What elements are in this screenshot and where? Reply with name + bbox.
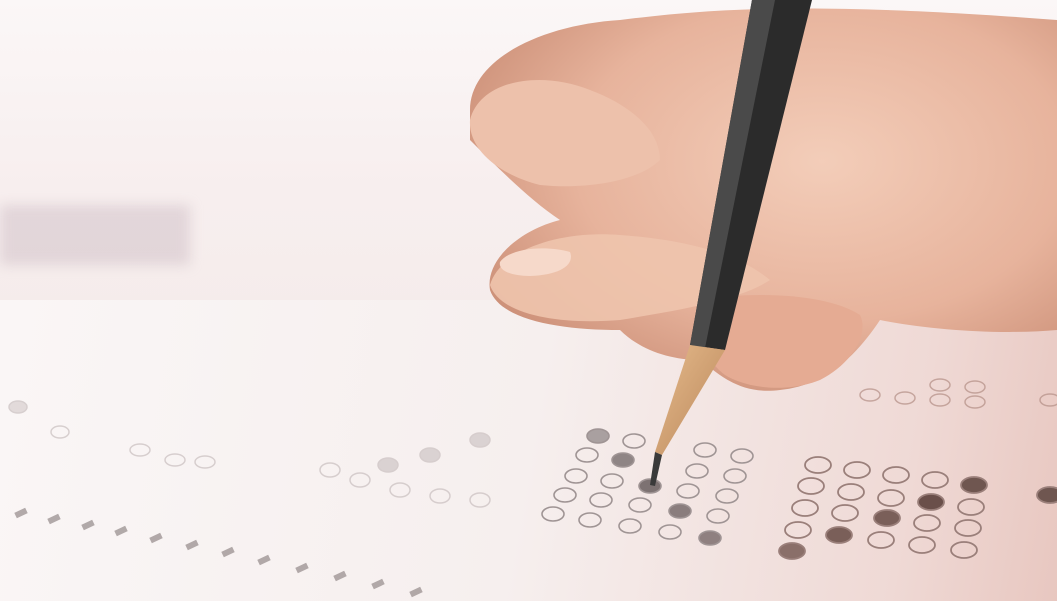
bubbles-center bbox=[542, 429, 753, 545]
photo-scene bbox=[0, 0, 1057, 601]
bubbles-left bbox=[9, 401, 490, 507]
bubbles-right bbox=[779, 457, 1057, 559]
bubbles-upper-right bbox=[860, 379, 1057, 408]
illustration bbox=[0, 0, 1057, 601]
timing-marks bbox=[14, 508, 422, 598]
